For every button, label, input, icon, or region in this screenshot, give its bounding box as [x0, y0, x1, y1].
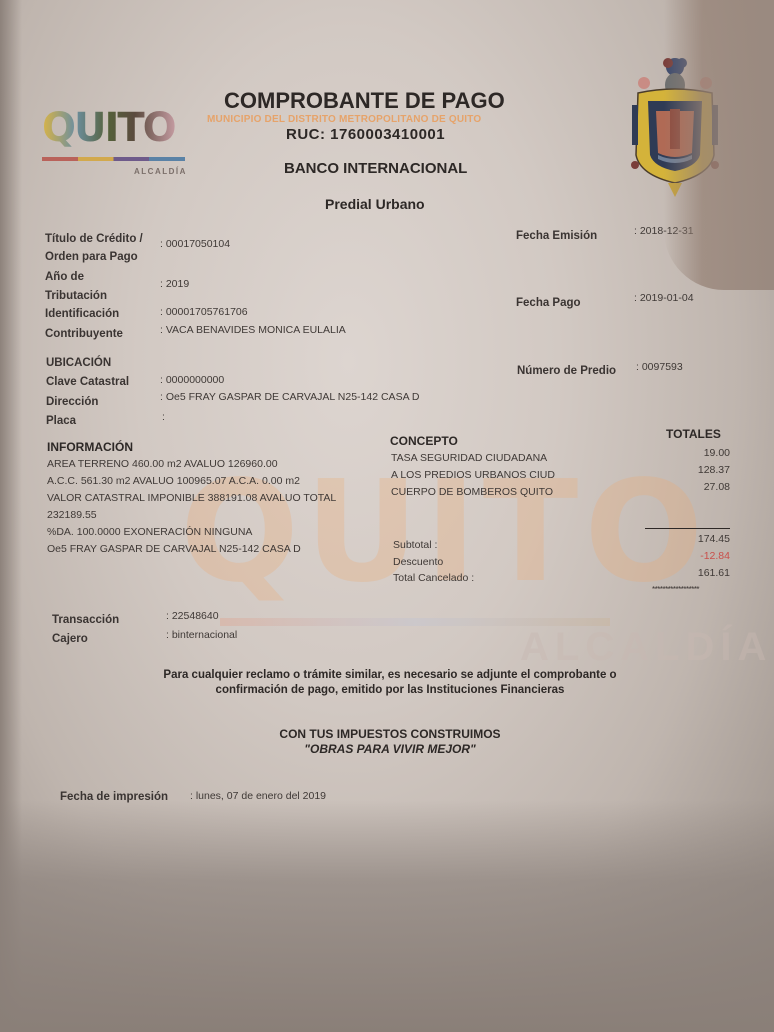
clave-catastral-label: Clave Catastral: [46, 373, 129, 391]
slogan-line-2: "OBRAS PARA VIVIR MEJOR": [190, 742, 590, 757]
concepto-heading: CONCEPTO: [390, 434, 458, 448]
fecha-emision-label: Fecha Emisión: [516, 227, 597, 245]
photo-shadow: [664, 0, 774, 290]
concepto-item-label: A LOS PREDIOS URBANOS CIUD: [391, 467, 555, 484]
numero-predio-value: : 0097593: [636, 361, 683, 373]
informacion-heading: INFORMACIÓN: [47, 440, 133, 454]
logo-color-bar: [42, 157, 185, 161]
identificacion-value: : 00001705761706: [160, 306, 248, 318]
fecha-pago-value: : 2019-01-04: [634, 292, 694, 304]
placa-label: Placa: [46, 412, 76, 430]
informacion-line: Oe5 FRAY GASPAR DE CARVAJAL N25-142 CASA…: [47, 541, 336, 558]
direccion-value: : Oe5 FRAY GASPAR DE CARVAJAL N25-142 CA…: [160, 391, 420, 403]
concepto-item-label: CUERPO DE BOMBEROS QUITO: [391, 484, 553, 501]
informacion-line: 232189.55: [47, 507, 336, 524]
total-underline: ******************: [652, 585, 699, 594]
transaccion-label: Transacción: [52, 611, 119, 629]
cajero-label: Cajero: [52, 630, 88, 648]
municipality-name: MUNICIPIO DEL DISTRITO METROPOLITANO DE …: [207, 114, 481, 125]
tax-type: Predial Urbano: [325, 196, 425, 212]
identificacion-label: Identificación: [45, 305, 119, 323]
titulo-label-1: Título de Crédito /: [45, 230, 143, 248]
transaccion-value: : 22548640: [166, 610, 219, 622]
quito-alcaldia-logo: QUITO ALCALDÍA: [42, 105, 187, 180]
informacion-block: AREA TERRENO 460.00 m2 AVALUO 126960.00 …: [47, 456, 336, 558]
total-cancelado-value: 161.61: [650, 567, 730, 579]
photo-bottom-shade: [0, 800, 774, 1032]
informacion-line: A.C.C. 561.30 m2 AVALUO 100965.07 A.C.A.…: [47, 473, 336, 490]
totales-heading: TOTALES: [666, 427, 721, 441]
total-cancelado-label: Total Cancelado :: [393, 570, 474, 587]
anio-label-1: Año de: [45, 268, 84, 286]
logo-alcaldia-text: ALCALDÍA: [134, 167, 187, 176]
cajero-value: : binternacional: [166, 629, 237, 641]
anio-value: : 2019: [160, 278, 189, 290]
logo-wordmark: QUITO: [42, 105, 175, 151]
titulo-label-2: Orden para Pago: [45, 248, 138, 266]
fecha-pago-label: Fecha Pago: [516, 294, 581, 312]
subtotal-label: Subtotal :: [393, 537, 437, 554]
numero-predio-label: Número de Predio: [517, 362, 616, 380]
concepto-item-amount: 128.37: [650, 464, 730, 476]
concepto-item-label: TASA SEGURIDAD CIUDADANA: [391, 450, 547, 467]
anio-label-2: Tributación: [45, 287, 107, 305]
notice-line-1: Para cualquier reclamo o trámite similar…: [130, 668, 650, 683]
informacion-line: AREA TERRENO 460.00 m2 AVALUO 126960.00: [47, 456, 336, 473]
bank-name: BANCO INTERNACIONAL: [284, 160, 467, 177]
descuento-label: Descuento: [393, 554, 443, 571]
clave-catastral-value: : 0000000000: [160, 374, 224, 386]
concepto-item-amount: 19.00: [650, 447, 730, 459]
titulo-value: : 00017050104: [160, 238, 230, 250]
direccion-label: Dirección: [46, 393, 98, 411]
descuento-value: -12.84: [650, 550, 730, 562]
ruc-number: RUC: 1760003410001: [286, 126, 445, 143]
subtotal-value: 174.45: [650, 533, 730, 545]
slogan-line-1: CON TUS IMPUESTOS CONSTRUIMOS: [190, 727, 590, 742]
notice-line-2: confirmación de pago, emitido por las In…: [130, 683, 650, 698]
contribuyente-label: Contribuyente: [45, 325, 123, 343]
informacion-line: VALOR CATASTRAL IMPONIBLE 388191.08 AVAL…: [47, 490, 336, 507]
contribuyente-value: : VACA BENAVIDES MONICA EULALIA: [160, 324, 346, 336]
placa-value: :: [162, 411, 165, 423]
watermark-alcaldia: ALCALDÍA: [520, 625, 772, 670]
ubicacion-heading: UBICACIÓN: [46, 354, 111, 372]
document-title: COMPROBANTE DE PAGO: [224, 88, 505, 114]
concepto-item-amount: 27.08: [650, 481, 730, 493]
subtotal-rule: [645, 528, 730, 529]
informacion-line: %DA. 100.0000 EXONERACIÓN NINGUNA: [47, 524, 336, 541]
